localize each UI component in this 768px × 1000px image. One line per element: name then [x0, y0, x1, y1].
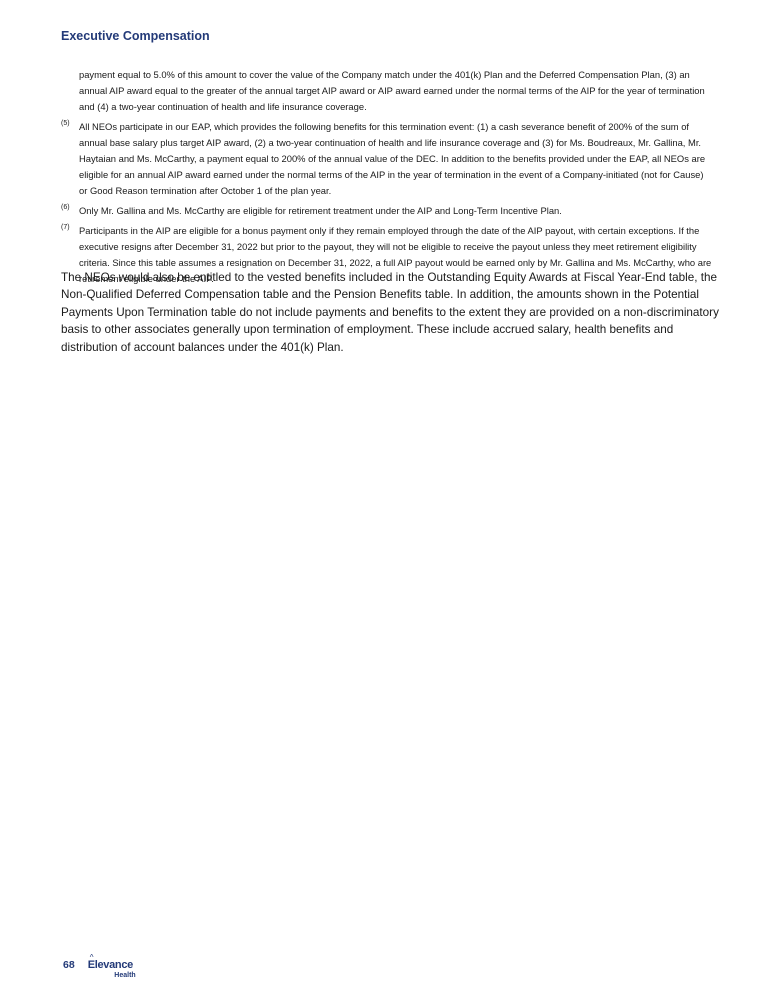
page-footer: 68 ^ Elevance Health [63, 955, 136, 981]
footnote-number: (7) [61, 220, 70, 236]
elevance-health-logo: ^ Elevance Health [88, 955, 136, 981]
logo-sub-text: Health [114, 972, 135, 979]
footnote-continuation: payment equal to 5.0% of this amount to … [61, 67, 713, 115]
page-number: 68 [63, 959, 75, 971]
footnote-text: All NEOs participate in our EAP, which p… [61, 119, 713, 199]
logo-brand-text: Elevance [88, 959, 133, 971]
footnote-number: (5) [61, 116, 70, 132]
body-paragraph: The NEOs would also be entitled to the v… [61, 269, 721, 356]
footnote-6: (6) Only Mr. Gallina and Ms. McCarthy ar… [61, 203, 713, 219]
footnote-text: payment equal to 5.0% of this amount to … [61, 67, 713, 115]
footnotes: payment equal to 5.0% of this amount to … [61, 67, 713, 291]
footnote-5: (5) All NEOs participate in our EAP, whi… [61, 119, 713, 199]
section-title: Executive Compensation [61, 29, 210, 43]
footnote-number: (6) [61, 200, 70, 216]
footnote-text: Only Mr. Gallina and Ms. McCarthy are el… [61, 203, 713, 219]
